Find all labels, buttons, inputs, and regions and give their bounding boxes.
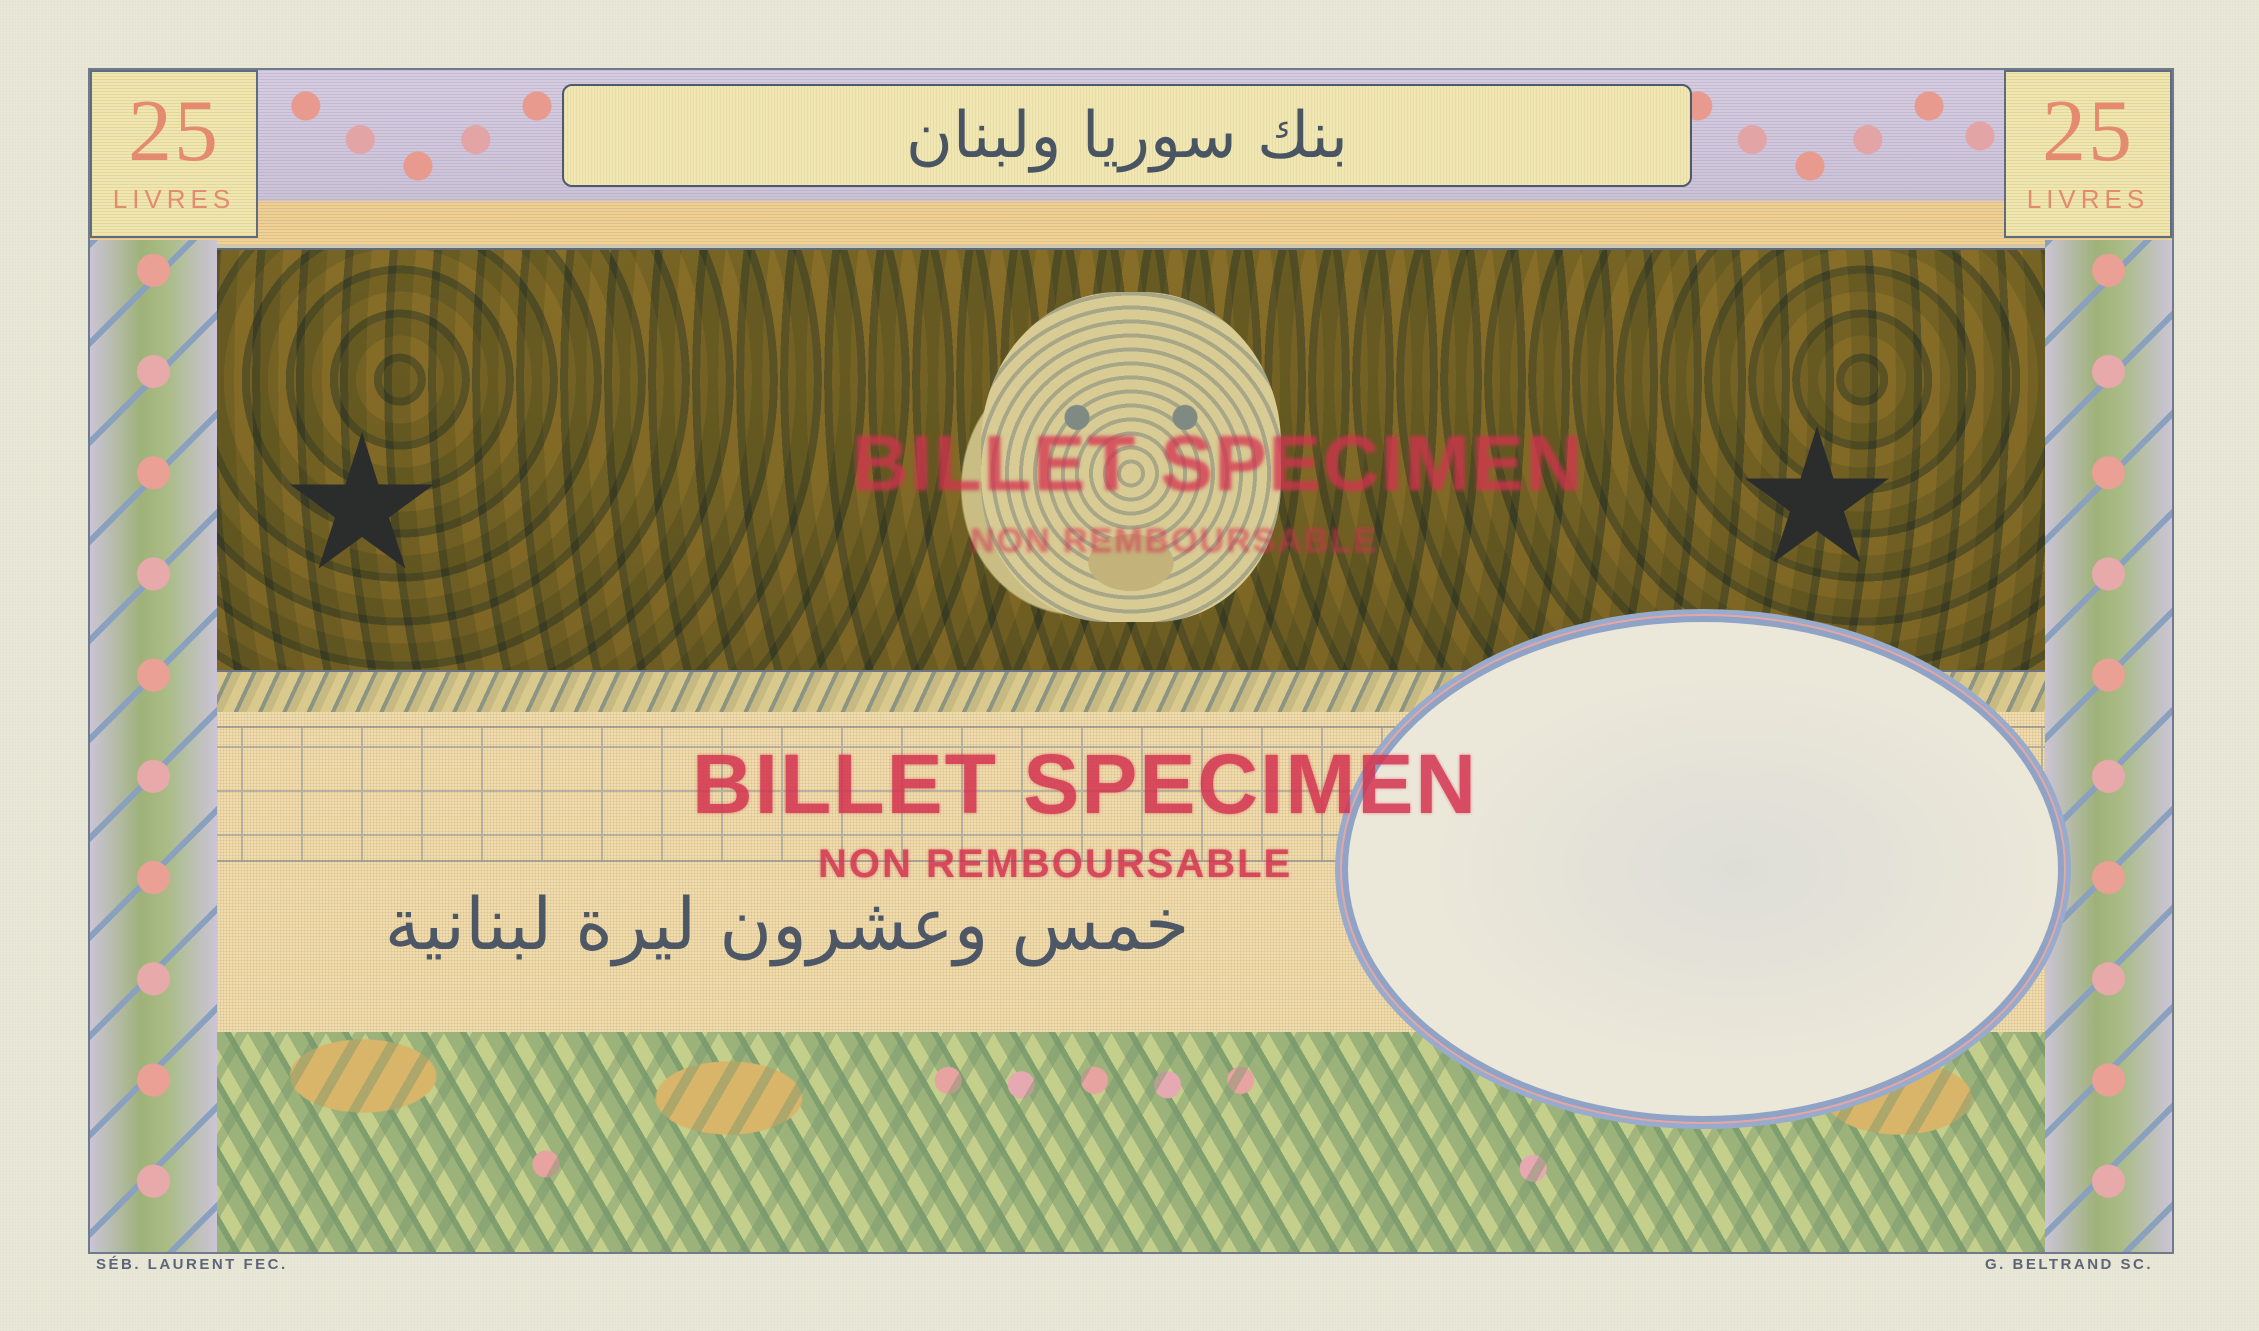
specimen-stamp-sub: NON REMBOURSABLE xyxy=(818,842,1292,887)
specimen-stamp-smudged: BILLET SPECIMEN xyxy=(852,418,1584,509)
flower-garland-left xyxy=(265,82,605,202)
issuer-name-arabic: بنك سوريا ولبنان xyxy=(906,99,1348,173)
denomination-corner-right: 25 LIVRES xyxy=(2004,70,2172,238)
denomination-number: 25 xyxy=(92,88,256,176)
denomination-unit: LIVRES xyxy=(2006,184,2170,215)
flower-garland-right xyxy=(1657,82,1997,202)
side-garland-right xyxy=(2045,240,2172,1252)
specimen-stamp-smudged-sub: NON REMBOURSABLE xyxy=(970,522,1378,561)
value-text-arabic: خمس وعشرون ليرة لبنانية xyxy=(247,882,1327,966)
denomination-corner-left: 25 LIVRES xyxy=(90,70,258,238)
specimen-stamp: BILLET SPECIMEN xyxy=(692,736,1478,833)
banknote: 25 LIVRES بنك سوريا ولبنان 25 LIVRES خمس… xyxy=(88,68,2174,1254)
designer-credit: SÉB. LAURENT FEC. xyxy=(96,1256,288,1273)
denomination-number: 25 xyxy=(2006,88,2170,176)
issuer-banner: بنك سوريا ولبنان xyxy=(562,84,1692,187)
side-garland-left xyxy=(90,240,217,1252)
watermark-oval xyxy=(1348,622,2058,1116)
denomination-unit: LIVRES xyxy=(92,184,256,215)
engraver-credit: G. BELTRAND SC. xyxy=(1985,1256,2153,1273)
